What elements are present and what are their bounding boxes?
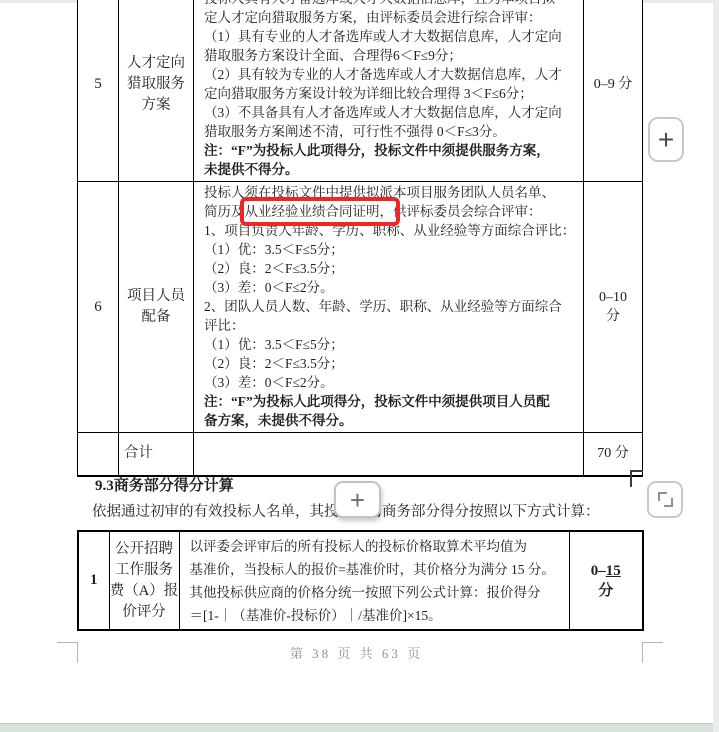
- text-line: 注：“F”为投标人此项得分，投标文件中须提供项目人员配: [204, 392, 577, 411]
- total-empty-cell: [194, 433, 584, 476]
- table-row: 5 人才定向猎取服务方案 投标人具有人才备选库或人才大数据信息库，且为本项目拟定…: [78, 0, 643, 182]
- text-line: （2）良：2＜F≤3.5分；: [204, 354, 577, 373]
- plus-icon: +: [658, 126, 674, 154]
- text-line: 费（A）报: [110, 581, 179, 602]
- text-line: （3）差：0＜F≤2分。: [204, 373, 577, 392]
- row-score-cell: 0–10分: [584, 182, 643, 433]
- text-line: 分: [570, 581, 643, 601]
- page-margin-mark-left: [57, 642, 78, 663]
- text-line: 公开招聘: [110, 539, 179, 560]
- row-criteria-cell: 以评委会评审后的所有投标人的投标价格取算术平均值为基准价，当投标人的报价=基准价…: [179, 531, 569, 630]
- text-line: 0–15: [570, 561, 643, 581]
- row-criteria-cell: 投标人须在投标文件中提供拟派本项目服务团队人员名单、简历及从业经验业绩合同证明，…: [194, 182, 584, 433]
- add-annotation-button-top[interactable]: +: [648, 117, 684, 162]
- table-corner-mark: [630, 470, 643, 487]
- right-edge-gutter: [713, 0, 719, 732]
- text-line: 猎取服务方案设计全面、合理得6＜F≤9分；: [204, 46, 577, 65]
- text-line: 评比：: [204, 316, 577, 335]
- table-row-total: 合计 70 分: [78, 433, 643, 476]
- text-line: 项目人员: [119, 286, 193, 307]
- text-line: 基准价，当投标人的报价=基准价时，其价格分为满分 15 分。: [190, 558, 563, 581]
- row-number-cell: 5: [78, 0, 119, 182]
- expand-button[interactable]: [647, 481, 683, 518]
- text-line: 2、团队人员人数、年龄、学历、职称、从业经验等方面综合: [204, 297, 577, 316]
- text-line: （1）优：3.5＜F≤5分；: [204, 335, 577, 354]
- text-line: 投标人须在投标文件中提供拟派本项目服务团队人员名单、: [204, 183, 577, 202]
- row-score-cell: 0–15分: [569, 531, 643, 630]
- add-annotation-button-middle[interactable]: +: [334, 481, 381, 518]
- text-line: 方案: [119, 95, 193, 116]
- text-line: 0–10: [584, 288, 642, 307]
- expand-icon: [658, 492, 673, 507]
- text-line: 其他投标供应商的价格分统一按照下列公式计算：报价得分: [190, 581, 563, 604]
- row-number-cell: [78, 433, 119, 476]
- text-line: （3）不具备具有人才备选库或人才大数据信息库，人才定向: [204, 103, 577, 122]
- text-line: ＝[1-｜（基准价-投标价）｜/基准价]×15。: [190, 604, 563, 627]
- technical-score-table: 5 人才定向猎取服务方案 投标人具有人才备选库或人才大数据信息库，且为本项目拟定…: [77, 0, 643, 477]
- text-line: 人才定向: [119, 53, 193, 74]
- text-line: 定向猎取服务方案设计较为详细比较合理得 3＜F≤6分；: [204, 84, 577, 103]
- row-item-cell: 项目人员配备: [119, 182, 194, 433]
- text-line: （1）具有专业的人才备选库或人才大数据信息库，人才定向: [204, 27, 577, 46]
- page-margin-mark-right: [642, 642, 663, 663]
- row-criteria-cell: 投标人具有人才备选库或人才大数据信息库，且为本项目拟定人才定向猎取服务方案，由评…: [194, 0, 584, 182]
- table-row: 6 项目人员配备 投标人须在投标文件中提供拟派本项目服务团队人员名单、简历及从业…: [78, 182, 643, 433]
- table-row: 1 公开招聘工作服务费（A）报价评分 以评委会评审后的所有投标人的投标价格取算术…: [78, 531, 643, 630]
- text-line: （2）良：2＜F≤3.5分；: [204, 259, 577, 278]
- text-line: 备方案，未提供不得分。: [204, 411, 577, 430]
- text-line: 配备: [119, 307, 193, 328]
- text-line: 分: [584, 307, 642, 326]
- section-heading: 9.3商务部分得分计算: [95, 474, 234, 495]
- text-line: 工作服务: [110, 560, 179, 581]
- text-line: 以评委会评审后的所有投标人的投标价格取算术平均值为: [190, 535, 563, 558]
- row-score-cell: 0–9 分: [584, 0, 643, 182]
- text-line: 0–9 分: [584, 75, 642, 94]
- plus-icon: +: [350, 487, 365, 513]
- text-line: （3）差：0＜F≤2分。: [204, 278, 577, 297]
- row-item-cell: 公开招聘工作服务费（A）报价评分: [109, 531, 179, 630]
- text-line: 投标人具有人才备选库或人才大数据信息库，且为本项目拟: [204, 0, 577, 8]
- text-line: （2）具有较为专业的人才备选库或人才大数据信息库，人才: [204, 65, 577, 84]
- price-score-table: 1 公开招聘工作服务费（A）报价评分 以评委会评审后的所有投标人的投标价格取算术…: [77, 530, 644, 631]
- text-line: 未提供不得分。: [204, 160, 577, 179]
- text-line: 注：“F”为投标人此项得分，投标文件中须提供服务方案，: [204, 141, 577, 160]
- row-number-cell: 6: [78, 182, 119, 433]
- page-footer: 第 38 页 共 63 页: [0, 643, 713, 662]
- app-canvas-below-page: [0, 723, 719, 732]
- text-line: 定人才定向猎取服务方案，由评标委员会进行综合评审：: [204, 8, 577, 27]
- text-line: 猎取服务方案阐述不清，可行性不强得 0＜F≤3分。: [204, 122, 577, 141]
- text-line: 简历及从业经验业绩合同证明，供评标委员会综合评审：: [204, 202, 577, 221]
- total-label-cell: 合计: [119, 433, 194, 476]
- row-item-cell: 人才定向猎取服务方案: [119, 0, 194, 182]
- row-number-cell: 1: [78, 531, 109, 630]
- text-line: （1）优：3.5＜F≤5分；: [204, 240, 577, 259]
- text-line: 70 分: [584, 444, 642, 463]
- document-page: 5 人才定向猎取服务方案 投标人具有人才备选库或人才大数据信息库，且为本项目拟定…: [0, 0, 719, 732]
- text-line: 1、项目负责人年龄、学历、职称、从业经验等方面综合评比：: [204, 221, 577, 240]
- text-line: 价评分: [110, 602, 179, 623]
- text-line: 猎取服务: [119, 74, 193, 95]
- text-line: 合计: [124, 443, 193, 464]
- highlight-annotation: 从业经验业绩合同证明，: [245, 204, 394, 219]
